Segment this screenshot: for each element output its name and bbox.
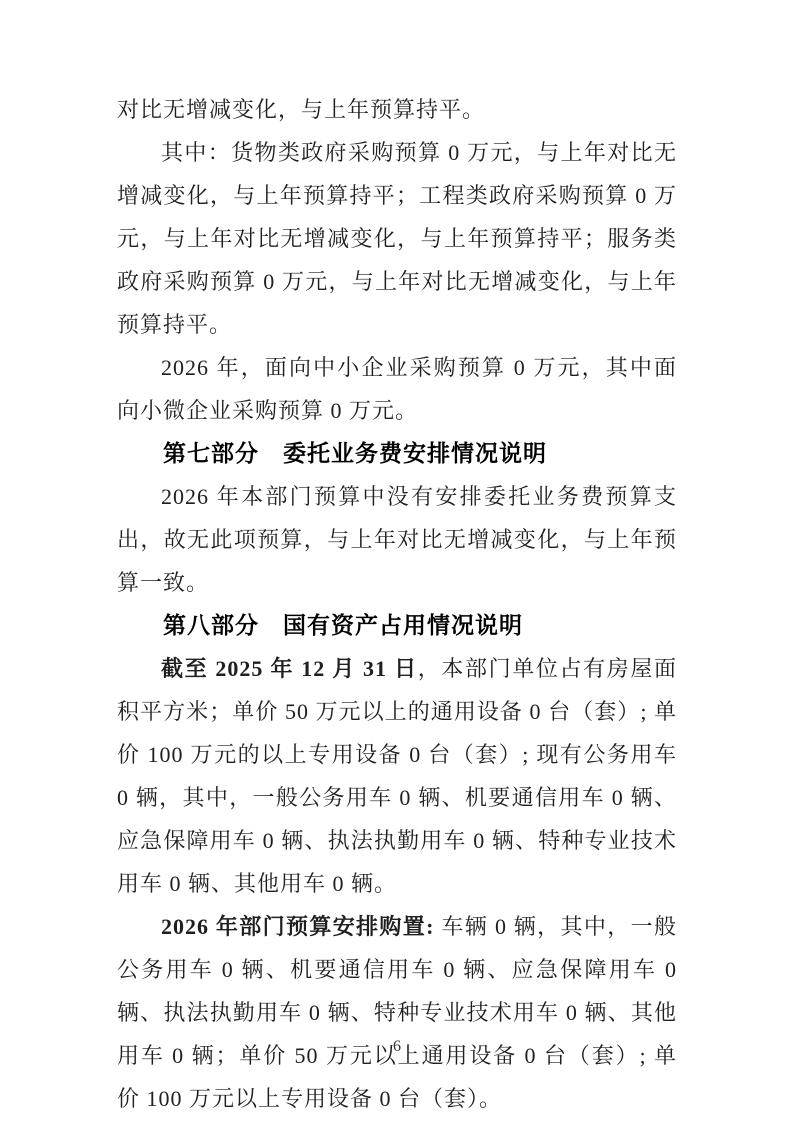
paragraph: 2026 年，面向中小企业采购预算 0 万元，其中面向小微企业采购预算 0 万元… <box>117 346 677 432</box>
paragraph: 2026 年部门预算安排购置: 车辆 0 辆，其中，一般公务用车 0 辆、机要通… <box>117 905 677 1120</box>
paragraph: 截至 2025 年 12 月 31 日，本部门单位占有房屋面积平方米；单价 50… <box>117 647 677 905</box>
section-heading: 第八部分 国有资产占用情况说明 <box>117 604 677 647</box>
section-heading: 第七部分 委托业务费安排情况说明 <box>117 432 677 475</box>
text-run: 第七部分 委托业务费安排情况说明 <box>163 440 547 466</box>
document-body: 对比无增减变化，与上年预算持平。其中：货物类政府采购预算 0 万元，与上年对比无… <box>117 88 677 1120</box>
page-number: 6 <box>0 1038 794 1056</box>
text-run: ，本部门单位占有房屋面积平方米；单价 50 万元以上的通用设备 0 台（套）; … <box>117 656 677 896</box>
text-run: 第八部分 国有资产占用情况说明 <box>163 612 523 638</box>
text-run: 2026 年本部门预算中没有安排委托业务费预算支出，故无此项预算，与上年对比无增… <box>117 484 677 595</box>
text-run: 截至 2025 年 12 月 31 日 <box>161 656 418 681</box>
text-run: 车辆 0 辆，其中，一般公务用车 0 辆、机要通信用车 0 辆、应急保障用车 0… <box>117 914 677 1111</box>
paragraph: 其中：货物类政府采购预算 0 万元，与上年对比无增减变化，与上年预算持平；工程类… <box>117 131 677 346</box>
text-run: 2026 年部门预算安排购置: <box>161 914 434 939</box>
text-run: 2026 年，面向中小企业采购预算 0 万元，其中面向小微企业采购预算 0 万元… <box>117 355 677 423</box>
text-run: 其中：货物类政府采购预算 0 万元，与上年对比无增减变化，与上年预算持平；工程类… <box>117 140 677 337</box>
document-page: 对比无增减变化，与上年预算持平。其中：货物类政府采购预算 0 万元，与上年对比无… <box>0 0 794 1123</box>
text-run: 对比无增减变化，与上年预算持平。 <box>117 97 485 122</box>
paragraph: 2026 年本部门预算中没有安排委托业务费预算支出，故无此项预算，与上年对比无增… <box>117 475 677 604</box>
paragraph: 对比无增减变化，与上年预算持平。 <box>117 88 677 131</box>
